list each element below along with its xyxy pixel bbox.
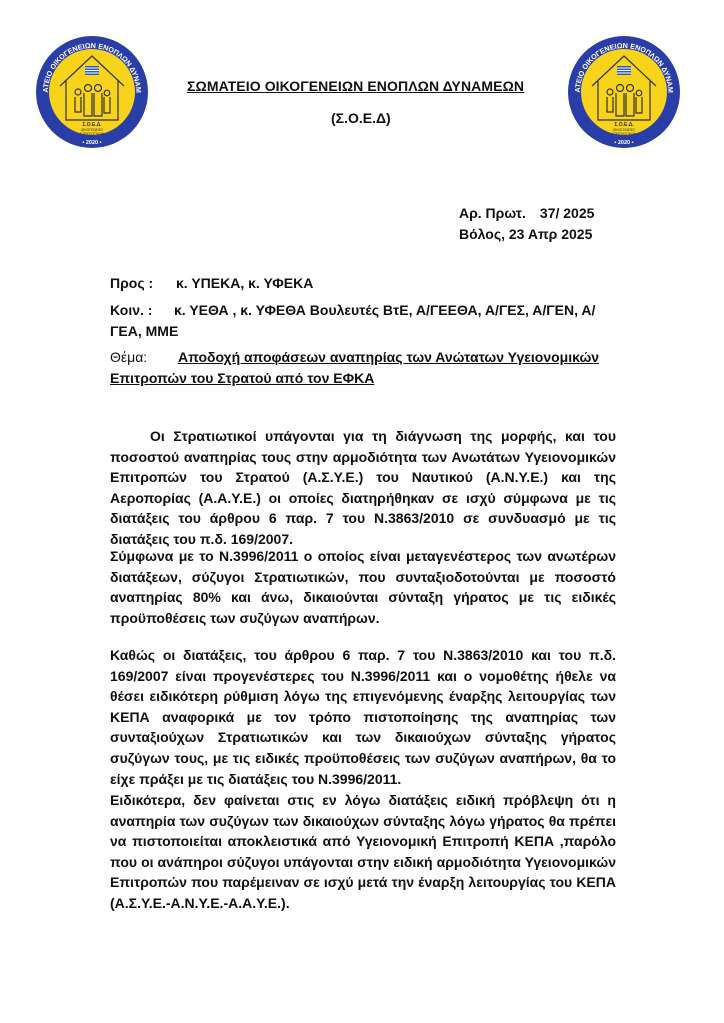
place-date: Βόλος, 23 Απρ 2025 [459, 224, 594, 245]
to-line: Προς :κ. ΥΠΕΚΑ, κ. ΥΦΕΚΑ [110, 273, 610, 294]
protocol-label: Αρ. Πρωτ. [459, 205, 526, 221]
cc-value: κ. ΥΕΘΑ , κ. ΥΦΕΘΑ Βουλευτές ΒτΕ, Α/ΓΕΕΘ… [110, 302, 595, 339]
to-label: Προς : [110, 273, 176, 294]
organization-abbreviation: (Σ.Ο.Ε.Δ) [331, 110, 391, 126]
body-paragraph-1: Οι Στρατιωτικοί υπάγονται για τη διάγνωσ… [110, 426, 616, 550]
protocol-line: Αρ. Πρωτ.37/ 2025 [459, 203, 594, 224]
protocol-number: 37/ 2025 [540, 205, 595, 221]
paragraph-text: Καθώς οι διατάξεις, του άρθρου 6 παρ. 7 … [110, 645, 616, 789]
paragraph-text: Οι Στρατιωτικοί υπάγονται για τη διάγνωσ… [110, 426, 616, 550]
svg-text:ΣΤΡΑΤΙΩΤΙΚΩΝ: ΣΤΡΑΤΙΩΤΙΚΩΝ [612, 132, 637, 136]
svg-text:• 2020 •: • 2020 • [614, 140, 633, 146]
organization-logo-left: ΣΩΜΑΤΕΙΟ ΟΙΚΟΓΕΝΕΙΩΝ ΕΝΟΠΛΩΝ ΔΥΝΑΜΕΩΝ Σ.… [34, 34, 150, 150]
svg-text:• 2020 •: • 2020 • [82, 140, 101, 146]
subject-line: Θέμα:Αποδοχή αποφάσεων αναπηρίας των Ανώ… [110, 347, 610, 389]
greek-flag-icon [617, 66, 631, 75]
body-paragraph-2: Σύμφωνα με το Ν.3996/2011 ο οποίος είναι… [110, 546, 616, 628]
organization-logo-right: ΣΩΜΑΤΕΙΟ ΟΙΚΟΓΕΝΕΙΩΝ ΕΝΟΠΛΩΝ ΔΥΝΑΜΕΩΝ Σ.… [566, 34, 682, 150]
cc-label: Κοιν. : [110, 300, 174, 321]
subject-label: Θέμα: [110, 347, 178, 368]
paragraph-text: Σύμφωνα με το Ν.3996/2011 ο οποίος είναι… [110, 546, 616, 628]
cc-line: Κοιν. :κ. ΥΕΘΑ , κ. ΥΦΕΘΑ Βουλευτές ΒτΕ,… [110, 300, 610, 342]
to-value: κ. ΥΠΕΚΑ, κ. ΥΦΕΚΑ [176, 275, 313, 291]
body-paragraph-3: Καθώς οι διατάξεις, του άρθρου 6 παρ. 7 … [110, 645, 616, 789]
reference-block: Αρ. Πρωτ.37/ 2025 Βόλος, 23 Απρ 2025 [459, 203, 594, 245]
subject-value: Αποδοχή αποφάσεων αναπηρίας των Ανώτατων… [110, 349, 599, 386]
greek-flag-icon [85, 66, 99, 75]
svg-text:ΣΤΡΑΤΙΩΤΙΚΩΝ: ΣΤΡΑΤΙΩΤΙΚΩΝ [80, 132, 105, 136]
organization-name: ΣΩΜΑΤΕΙΟ ΟΙΚΟΓΕΝΕΙΩΝ ΕΝΟΠΛΩΝ ΔΥΝΑΜΕΩΝ [187, 78, 524, 94]
paragraph-text: Ειδικότερα, δεν φαίνεται στις εν λόγω δι… [110, 790, 616, 914]
body-paragraph-4: Ειδικότερα, δεν φαίνεται στις εν λόγω δι… [110, 790, 616, 914]
